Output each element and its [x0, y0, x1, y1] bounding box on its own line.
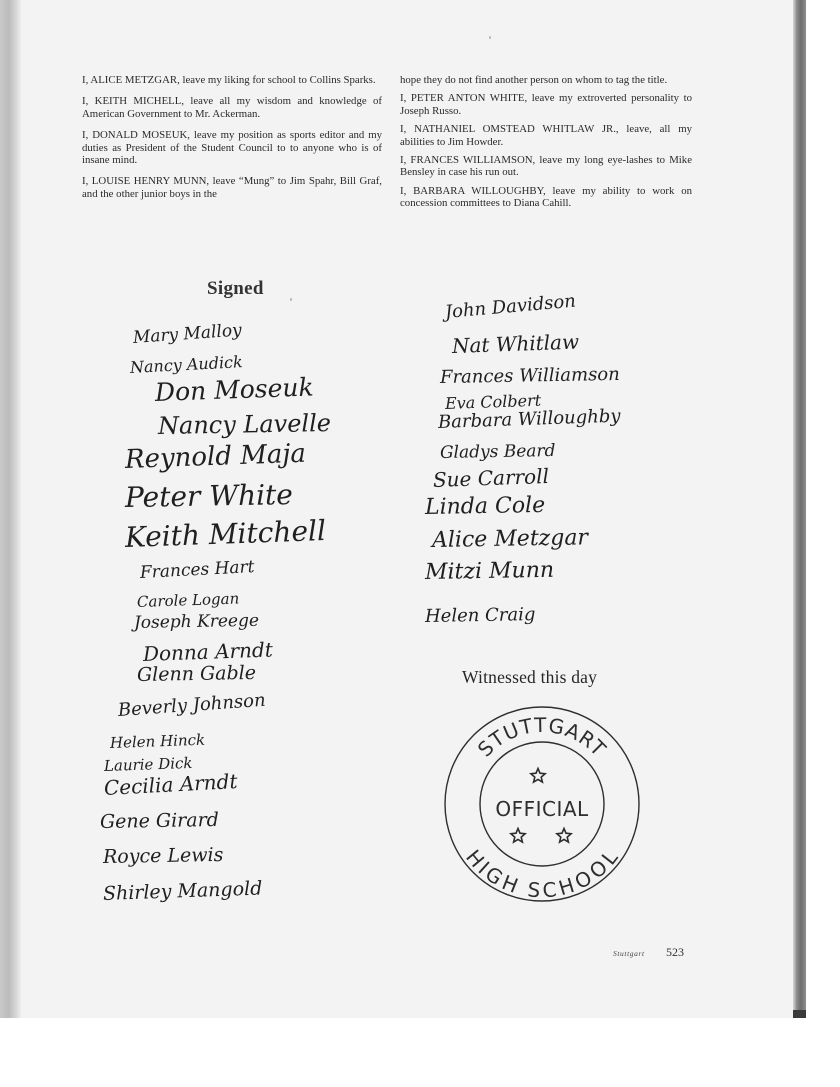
signature-left: Peter White	[125, 478, 293, 514]
signature-left: Royce Lewis	[103, 844, 224, 868]
signature-left: Frances Hart	[139, 557, 255, 583]
signature-left: Glenn Gable	[137, 662, 256, 686]
bequest-paragraph: I, DONALD MOSEUK, leave my position as s…	[82, 129, 382, 166]
signature-right: Gladys Beard	[440, 441, 556, 463]
page-gutter-shadow	[0, 0, 22, 1018]
signature-right: Nat Whitlaw	[452, 330, 580, 358]
seal-center-text: OFFICIAL	[495, 797, 589, 821]
signature-right: Helen Craig	[425, 604, 536, 627]
bequest-paragraph: I, KEITH MICHELL, leave all my wisdom an…	[82, 95, 382, 120]
yearbook-page: I, ALICE METZGAR, leave my liking for sc…	[0, 0, 806, 1018]
signature-left: Beverly Johnson	[117, 690, 266, 721]
signature-left: Gene Girard	[100, 809, 219, 833]
witness-heading: Witnessed this day	[462, 667, 597, 688]
signature-left: Carole Logan	[137, 589, 240, 611]
page-number: 523	[666, 945, 684, 960]
signature-left: Nancy Lavelle	[158, 409, 331, 440]
bequests-right-column: hope they do not find another person on …	[400, 74, 692, 216]
star-outline-icon	[531, 769, 545, 783]
bequest-paragraph: I, BARBARA WILLOUGHBY, leave my ability …	[400, 185, 692, 210]
star-outline-icon	[557, 829, 571, 843]
page-binding-edge	[793, 0, 806, 1018]
signed-heading: Signed	[207, 278, 264, 300]
bequest-paragraph: I, LOUISE HENRY MUNN, leave “Mung” to Ji…	[82, 175, 382, 200]
bequests-left-column: I, ALICE METZGAR, leave my liking for sc…	[82, 74, 382, 209]
signature-right: Sue Carroll	[433, 464, 550, 492]
signature-left: Nancy Audick	[130, 352, 244, 377]
signature-left: Don Moseuk	[154, 372, 314, 407]
signature-left: Keith Mitchell	[124, 514, 326, 554]
signature-right: Alice Metzgar	[432, 525, 588, 553]
signature-right: Mitzi Munn	[425, 558, 554, 585]
signature-right: John Davidson	[444, 291, 577, 323]
footer-publication-name: Stuttgart	[613, 949, 645, 958]
school-seal: STUTTGART HIGH SCHOOL OFFICIAL	[442, 704, 642, 904]
signature-left: Mary Malloy	[132, 320, 242, 348]
bequest-paragraph: I, NATHANIEL OMSTEAD WHITLAW JR., leave,…	[400, 123, 692, 148]
seal-bottom-text: HIGH SCHOOL	[461, 845, 623, 902]
bequest-paragraph: I, ALICE METZGAR, leave my liking for sc…	[82, 74, 382, 86]
bequest-paragraph: hope they do not find another person on …	[400, 74, 692, 86]
page-binding-foot	[793, 1010, 806, 1018]
signature-left: Joseph Kreege	[134, 611, 259, 633]
signature-left: Reynold Maja	[124, 439, 306, 475]
scan-speck	[489, 36, 491, 39]
bequest-paragraph: I, PETER ANTON WHITE, leave my extrovert…	[400, 92, 692, 117]
bequest-paragraph: I, FRANCES WILLIAMSON, leave my long eye…	[400, 154, 692, 179]
signature-right: Frances Williamson	[440, 364, 620, 388]
signature-left: Helen Hinck	[110, 731, 206, 752]
signature-right: Linda Cole	[425, 493, 546, 520]
star-outline-icon	[511, 829, 525, 843]
scan-speck	[290, 298, 292, 301]
signature-left: Shirley Mangold	[103, 877, 263, 905]
